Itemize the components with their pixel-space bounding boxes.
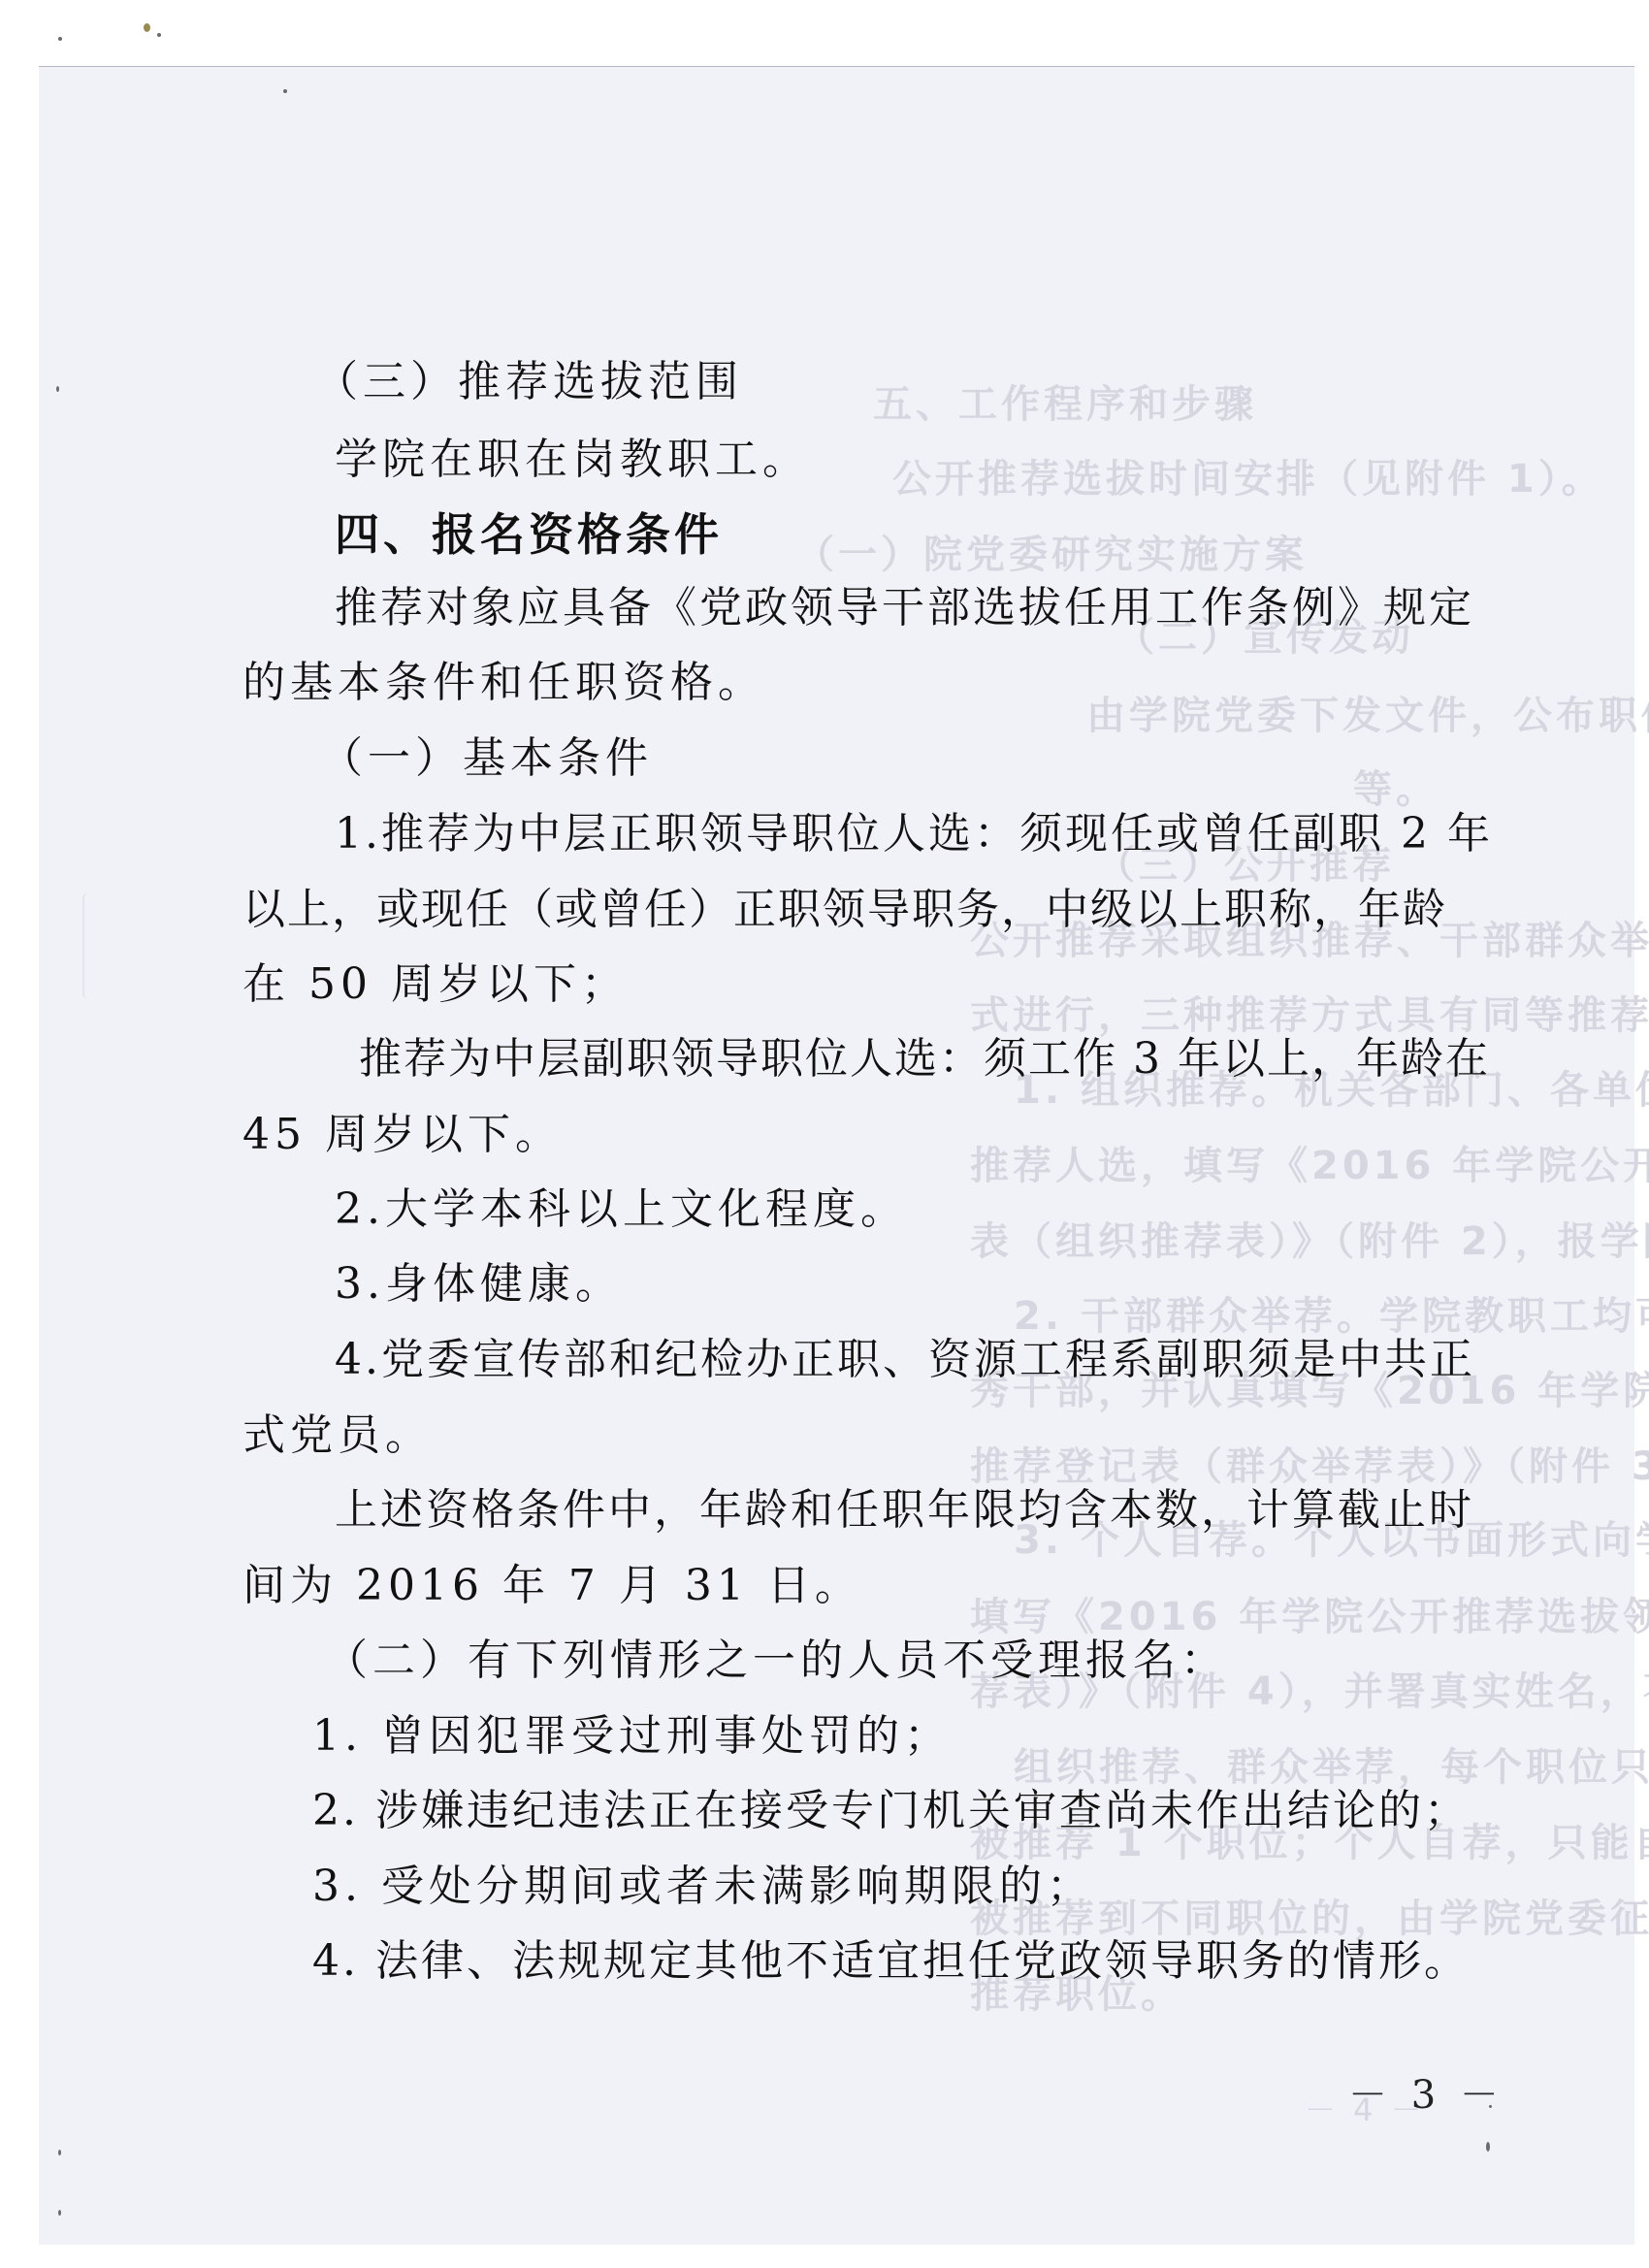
basic-conditions-note-line2: 间为 2016 年 7 月 31 日。 — [242, 1565, 862, 1607]
section4-intro-line2: 的基本条件和任职资格。 — [242, 662, 765, 704]
exclusion-item-3: 3. 受处分期间或者未满影响期限的； — [312, 1865, 1094, 1908]
page-number: － 3 － — [1348, 2064, 1504, 2120]
section3-body: 学院在职在岗教职工。 — [335, 438, 810, 481]
paper-crease — [82, 892, 98, 999]
scan-speck — [1486, 2142, 1490, 2152]
section4-intro-line1: 推荐对象应具备《党政领导干部选拔任用工作条例》规定 — [335, 587, 1474, 630]
exclusions-subheading: （二）有下列情形之一的人员不受理报名： — [325, 1639, 1228, 1682]
scan-speck — [283, 89, 287, 93]
scan-speck — [144, 23, 150, 32]
section3-subheading: （三）推荐选拔范围 — [315, 361, 743, 404]
basic-conditions-note-line1: 上述资格条件中，年龄和任职年限均含本数，计算截止时 — [335, 1489, 1474, 1532]
exclusion-item-2: 2. 涉嫌违纪违法正在接受专门机关审查尚未作出结论的； — [312, 1790, 1470, 1832]
basic-condition-item1-line1: 1.推荐为中层正职领导职位人选：须现任或曾任副职 2 年 — [335, 813, 1493, 856]
basic-condition-item1b-line1: 推荐为中层副职领导职位人选：须工作 3 年以上，年龄在 — [359, 1038, 1490, 1081]
exclusion-item-1: 1. 曾因犯罪受过刑事处罚的； — [312, 1715, 952, 1758]
exclusion-item-4: 4. 法律、法规规定其他不适宜担任党政领导职务的情形。 — [312, 1940, 1470, 1983]
section4-heading: 四、报名资格条件 — [335, 512, 723, 557]
basic-condition-item1-line3: 在 50 周岁以下； — [242, 963, 629, 1006]
scan-speck — [56, 386, 59, 392]
basic-condition-item3: 3.身体健康。 — [335, 1263, 623, 1306]
basic-condition-item4-line2: 式党员。 — [242, 1414, 433, 1457]
basic-condition-item1-line2: 以上，或现任（或曾任）正职领导职务，中级以上职称，年龄 — [242, 889, 1447, 931]
basic-condition-item4-line1: 4.党委宣传部和纪检办正职、资源工程系副职须是中共正 — [335, 1339, 1475, 1381]
scan-speck — [58, 37, 62, 41]
basic-condition-item2: 2.大学本科以上文化程度。 — [335, 1188, 908, 1231]
scan-speck — [58, 2210, 61, 2216]
scan-speck — [157, 33, 161, 37]
basic-conditions-subheading: （一）基本条件 — [320, 737, 653, 780]
scan-speck — [58, 2150, 61, 2155]
basic-condition-item1b-line2: 45 周岁以下。 — [242, 1114, 563, 1156]
